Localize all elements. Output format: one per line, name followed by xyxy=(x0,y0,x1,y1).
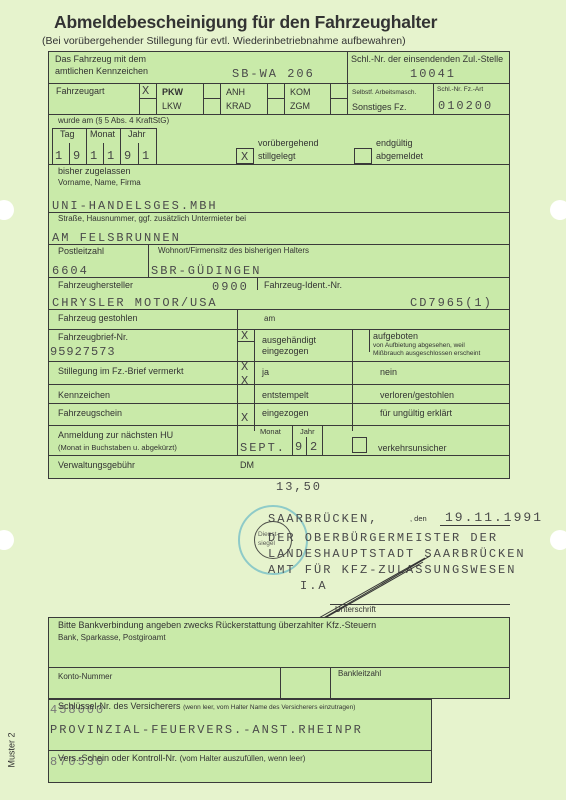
brief-withdrawn-label: eingezogen xyxy=(262,346,309,356)
schein-label: Fahrzeugschein xyxy=(58,408,122,418)
date-label: wurde am (§ 5 Abs. 4 KraftStG) xyxy=(58,116,169,125)
inspection-label-2: (Monat in Buchstaben u. abgekürzt) xyxy=(58,443,177,452)
type-key-value: 010200 xyxy=(438,99,493,113)
fee-currency: DM xyxy=(240,460,254,470)
year-label: Jahr xyxy=(128,129,146,139)
plate-stamped-label: entstempelt xyxy=(262,390,309,400)
month-digit-1: 1 xyxy=(90,149,97,163)
bank-label: Bank, Sparkasse, Postgiroamt xyxy=(58,633,166,642)
krad-label: KRAD xyxy=(226,101,251,111)
anh-label: ANH xyxy=(226,87,245,97)
name-label: Vorname, Name, Firma xyxy=(58,178,141,187)
punch-hole xyxy=(0,530,14,550)
year-digit-1: 9 xyxy=(124,149,131,163)
date-prefix: , den xyxy=(410,514,427,523)
final-checkbox[interactable] xyxy=(354,148,372,164)
signature-label: Unterschrift xyxy=(335,605,376,614)
plate-label: Das Fahrzeug mit dem xyxy=(55,54,146,64)
holder-street: AM FELSBRUNNEN xyxy=(52,231,181,245)
schein-withdrawn-label: eingezogen xyxy=(262,408,309,418)
kom-label: KOM xyxy=(290,87,311,97)
office-key-value: 10041 xyxy=(410,67,456,81)
form-code: Muster 2 xyxy=(7,732,17,767)
day-digit-1: 1 xyxy=(55,149,62,163)
self-propelled-label: Selbstf. Arbeitsmasch. xyxy=(352,89,416,96)
inspection-month: SEPT. xyxy=(240,441,286,455)
policy-label: Vers.-Schein oder Kontroll-Nr. (vom Halt… xyxy=(58,753,305,763)
brief-handed-checkbox[interactable]: X xyxy=(241,329,248,343)
signature-stroke-icon xyxy=(305,548,435,628)
pkw-checkbox[interactable]: X xyxy=(142,84,149,98)
noted-no-label: nein xyxy=(380,367,397,377)
inspection-label: Anmeldung zur nächsten HU xyxy=(58,430,173,440)
holder-zip: 6604 xyxy=(52,264,89,278)
brief-number: 95927573 xyxy=(50,345,116,359)
type-label: Fahrzeugart xyxy=(56,86,105,96)
brief-handed-label: ausgehändigt xyxy=(262,335,316,345)
signature-city: SAARBRÜCKEN, xyxy=(268,512,378,526)
inspection-year-1: 9 xyxy=(295,440,302,454)
vin-label: Fahrzeug-Ident.-Nr. xyxy=(264,280,342,290)
stolen-date-label: am xyxy=(264,314,275,323)
stolen-label: Fahrzeug gestohlen xyxy=(58,313,138,323)
inspection-year-label: Jahr xyxy=(300,427,315,436)
brief-called-note-2: Mißbrauch ausgeschlossen erscheint xyxy=(373,350,480,357)
authority-line-1: DER OBERBÜRGERMEISTER DER xyxy=(268,531,498,545)
noted-label: Stillegung im Fz.-Brief vermerkt xyxy=(58,366,184,376)
fee-label: Verwaltungsgebühr xyxy=(58,460,135,470)
document-subtitle: (Bei vorübergehender Stillegung für evtl… xyxy=(42,35,406,47)
noted-yes-label: ja xyxy=(262,367,269,377)
punch-hole xyxy=(550,530,566,550)
manufacturer-label: Fahrzeughersteller xyxy=(58,280,133,290)
brief-called-label: aufgeboten xyxy=(373,331,418,341)
unsafe-checkbox[interactable] xyxy=(352,437,367,453)
final-label-2: abgemeldet xyxy=(376,151,423,161)
plate-label-2: amtlichen Kennzeichen xyxy=(55,66,148,76)
type-key-label: Schl.-Nr. Fz.-Art xyxy=(437,86,483,93)
punch-hole xyxy=(550,200,566,220)
sort-code-label[interactable]: Bankleitzahl xyxy=(338,669,381,678)
plate-status-label: Kennzeichen xyxy=(58,390,110,400)
schein-withdrawn-checkbox[interactable]: X xyxy=(241,411,248,425)
plate-stamped-checkbox[interactable]: X xyxy=(241,374,248,388)
account-label[interactable]: Konto-Nummer xyxy=(58,672,112,681)
day-label: Tag xyxy=(60,129,75,139)
schein-invalid-label: für ungültig erklärt xyxy=(380,408,452,418)
final-label: endgültig xyxy=(376,138,413,148)
manufacturer-code: 0900 xyxy=(212,280,249,294)
temporary-label: vorübergehend xyxy=(258,138,319,148)
temporary-label-2: stillgelegt xyxy=(258,151,296,161)
month-label: Monat xyxy=(90,129,115,139)
office-key-label: Schl.-Nr. der einsendenden Zul.-Stelle xyxy=(351,54,503,64)
street-label: Straße, Hausnummer, ggf. zusätzlich Unte… xyxy=(58,214,246,223)
zgm-label: ZGM xyxy=(290,101,310,111)
insurer-key-label: Schlüssel-Nr. des Versicherers (wenn lee… xyxy=(58,701,355,711)
registered-label: bisher zugelassen xyxy=(58,166,131,176)
pkw-label: PKW xyxy=(162,87,183,97)
month-digit-2: 1 xyxy=(107,149,114,163)
plate-value: SB-WA 206 xyxy=(232,67,315,81)
lkw-label: LKW xyxy=(162,101,182,111)
insurance-section xyxy=(48,699,432,783)
manufacturer-name: CHRYSLER MOTOR/USA xyxy=(52,296,218,310)
brief-label: Fahrzeugbrief-Nr. xyxy=(58,332,128,342)
plate-lost-label: verloren/gestohlen xyxy=(380,390,454,400)
zip-label: Postleitzahl xyxy=(58,246,104,256)
year-digit-2: 1 xyxy=(142,149,149,163)
other-vehicle-label: Sonstiges Fz. xyxy=(352,102,407,112)
temporary-checkbox[interactable]: X xyxy=(236,148,254,164)
signature-date: 19.11.1991 xyxy=(445,510,543,525)
day-digit-2: 9 xyxy=(73,149,80,163)
insurer-name: PROVINZIAL-FEUERVERS.-ANST.RHEINPR xyxy=(50,723,363,737)
vin-value: CD7965(1) xyxy=(410,296,493,310)
holder-city: SBR-GÜDINGEN xyxy=(151,264,261,278)
inspection-month-label: Monat xyxy=(260,427,281,436)
document-title: Abmeldebescheinigung für den Fahrzeughal… xyxy=(54,12,437,33)
fee-amount: 13,50 xyxy=(274,480,324,494)
punch-hole xyxy=(0,200,14,220)
bank-heading: Bitte Bankverbindung angeben zwecks Rück… xyxy=(58,620,376,630)
inspection-year-2: 2 xyxy=(310,440,317,454)
city-label: Wohnort/Firmensitz des bisherigen Halter… xyxy=(158,246,309,255)
brief-called-note: von Aufbietung abgesehen, weil xyxy=(373,342,465,349)
noted-yes-checkbox[interactable]: X xyxy=(241,360,248,374)
holder-name: UNI-HANDELSGES.MBH xyxy=(52,199,218,213)
unsafe-label: verkehrsunsicher xyxy=(378,443,447,453)
